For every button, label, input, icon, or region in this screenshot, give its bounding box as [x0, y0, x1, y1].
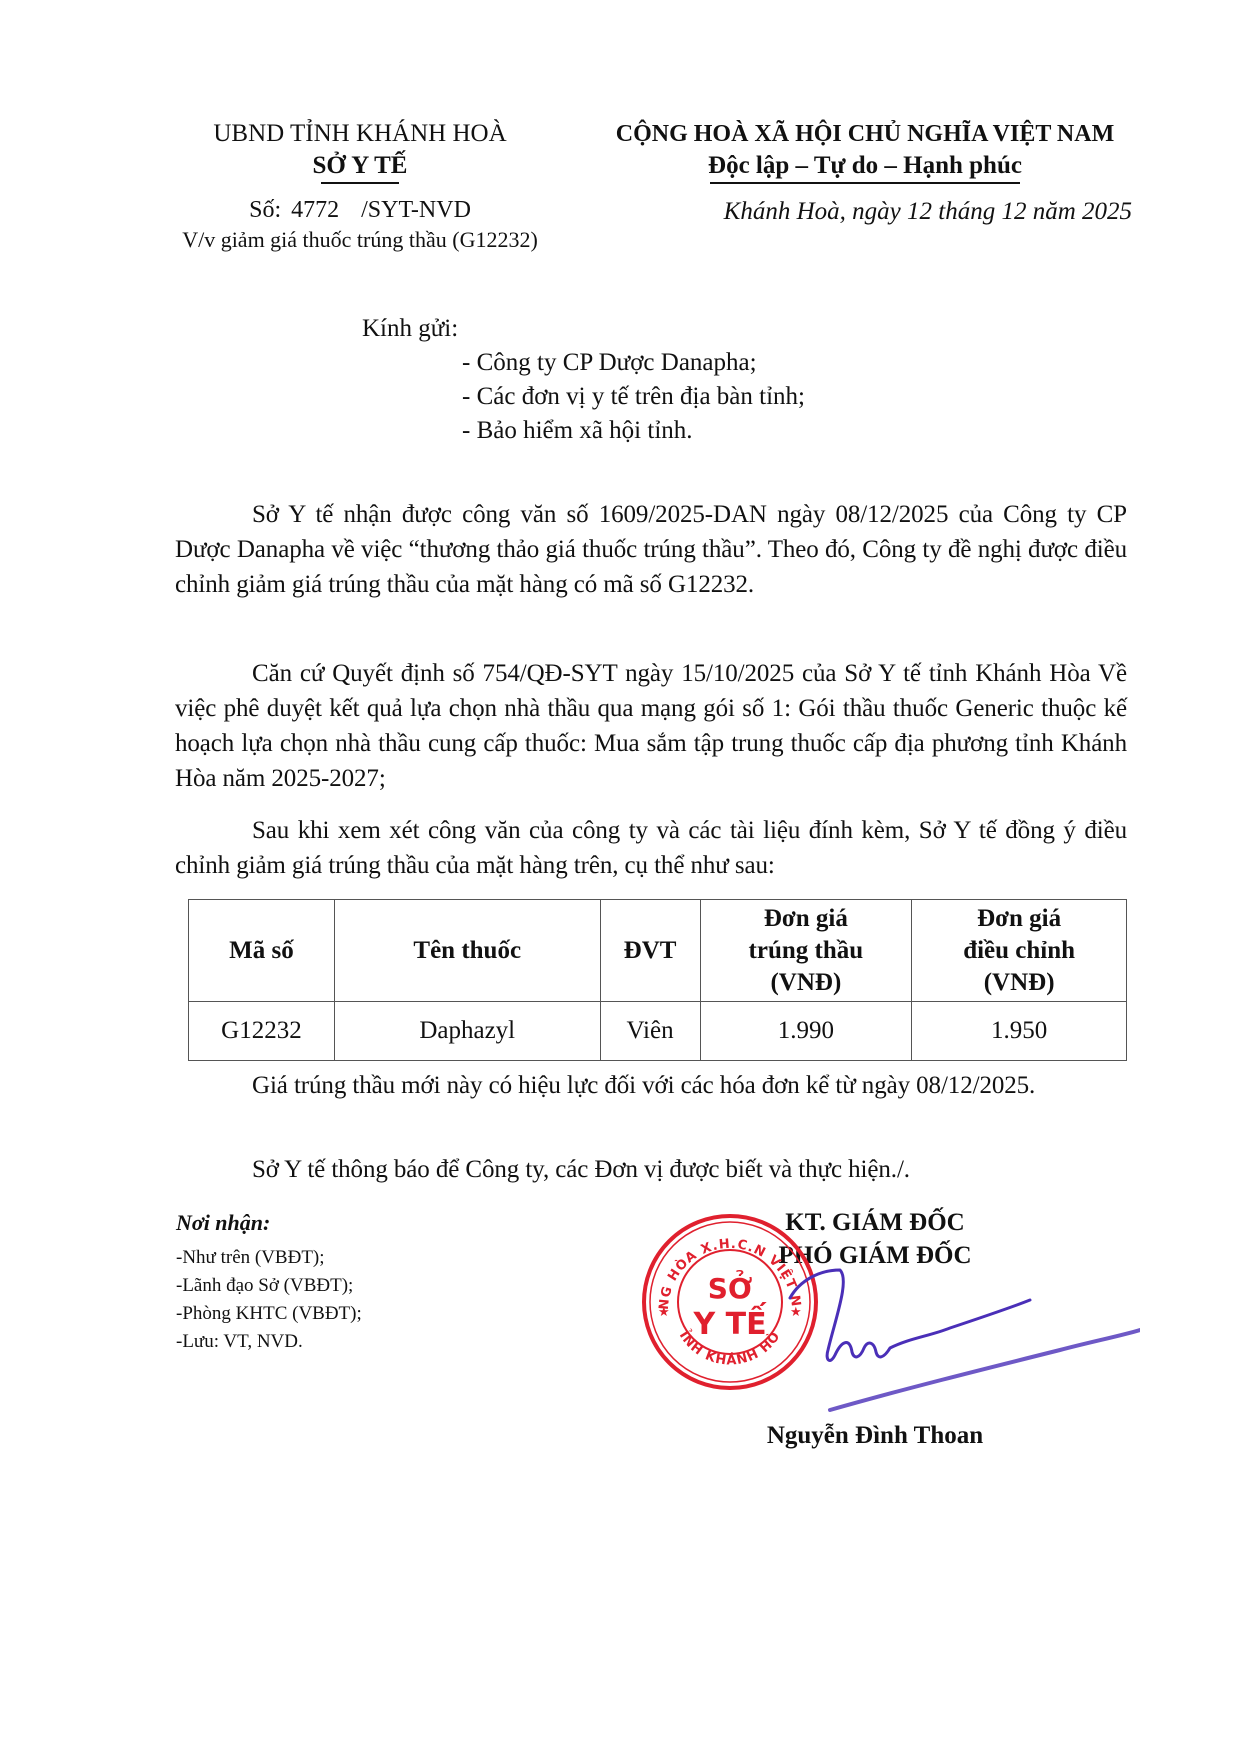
column-header: Tên thuốc [334, 900, 600, 1002]
number-value: 4772 [291, 194, 339, 226]
number-suffix: /SYT-NVD [361, 197, 471, 223]
national-header-block: CỘNG HOÀ XÃ HỘI CHỦ NGHĨA VIỆT NAM Độc l… [590, 118, 1140, 228]
header-line: điều chỉnh [916, 935, 1122, 967]
column-header: Đơn giá điều chỉnh (VNĐ) [912, 900, 1127, 1002]
place-date: Khánh Hoà, ngày 12 tháng 12 năm 2025 [590, 196, 1140, 228]
cell-bid-price: 1.990 [700, 1002, 912, 1061]
recipient-item: - Bảo hiểm xã hội tỉnh. [462, 414, 805, 448]
body-paragraph: Căn cứ Quyết định số 754/QĐ-SYT ngày 15/… [175, 656, 1127, 796]
document-number: Số: 4772/SYT-NVD [150, 194, 570, 226]
distribution-item: -Phòng KHTC (VBĐT); [176, 1300, 362, 1328]
table-header-row: Mã số Tên thuốc ĐVT Đơn giá trúng thầu (… [189, 900, 1127, 1002]
recipients-label: Kính gửi: [362, 312, 458, 346]
cell-adjusted-price: 1.950 [912, 1002, 1127, 1061]
distribution-item: -Lưu: VT, NVD. [176, 1328, 362, 1356]
distribution-item: -Như trên (VBĐT); [176, 1244, 362, 1272]
body-paragraph: Sở Y tế thông báo để Công ty, các Đơn vị… [175, 1152, 1127, 1187]
recipient-item: - Công ty CP Dược Danapha; [462, 346, 805, 380]
column-header: Mã số [189, 900, 335, 1002]
svg-text:★: ★ [658, 1305, 670, 1320]
table-row: G12232 Daphazyl Viên 1.990 1.950 [189, 1002, 1127, 1061]
department-underline [321, 182, 399, 184]
header-line: Đơn giá [916, 903, 1122, 935]
cell-unit: Viên [600, 1002, 700, 1061]
header-line: Đơn giá [705, 903, 908, 935]
column-header: Đơn giá trúng thầu (VNĐ) [700, 900, 912, 1002]
national-title: CỘNG HOÀ XÃ HỘI CHỦ NGHĨA VIỆT NAM [590, 118, 1140, 150]
national-motto: Độc lập – Tự do – Hạnh phúc [590, 150, 1140, 182]
issuing-authority-block: UBND TỈNH KHÁNH HOÀ SỞ Y TẾ Số: 4772/SYT… [150, 118, 570, 254]
body-paragraph: Sau khi xem xét công văn của công ty và … [175, 813, 1127, 883]
motto-underline [710, 182, 1020, 184]
header-line: trúng thầu [705, 935, 908, 967]
svg-text:SỞ: SỞ [708, 1267, 753, 1305]
distribution-item: -Lãnh đạo Sở (VBĐT); [176, 1272, 362, 1300]
cell-drug-name: Daphazyl [334, 1002, 600, 1061]
header-line: (VNĐ) [705, 967, 908, 999]
signer-name: Nguyễn Đình Thoan [700, 1422, 1050, 1450]
recipients-list: - Công ty CP Dược Danapha; - Các đơn vị … [462, 346, 805, 448]
document-subject: V/v giảm giá thuốc trúng thầu (G12232) [150, 226, 570, 254]
handwritten-signature-icon [780, 1260, 1140, 1430]
recipient-item: - Các đơn vị y tế trên địa bàn tỉnh; [462, 380, 805, 414]
svg-text:Y TẾ: Y TẾ [692, 1302, 767, 1342]
body-paragraph: Giá trúng thầu mới này có hiệu lực đối v… [175, 1068, 1127, 1103]
distribution-title: Nơi nhận: [176, 1208, 362, 1238]
body-paragraph: Sở Y tế nhận được công văn số 1609/2025-… [175, 497, 1127, 602]
column-header: ĐVT [600, 900, 700, 1002]
distribution-list: Nơi nhận: -Như trên (VBĐT); -Lãnh đạo Sở… [176, 1208, 362, 1356]
header-line: (VNĐ) [916, 967, 1122, 999]
number-label: Số: [249, 197, 281, 223]
department-name: SỞ Y TẾ [313, 150, 408, 182]
authority-name: UBND TỈNH KHÁNH HOÀ [150, 118, 570, 150]
cell-code: G12232 [189, 1002, 335, 1061]
price-adjustment-table: Mã số Tên thuốc ĐVT Đơn giá trúng thầu (… [188, 899, 1127, 1061]
